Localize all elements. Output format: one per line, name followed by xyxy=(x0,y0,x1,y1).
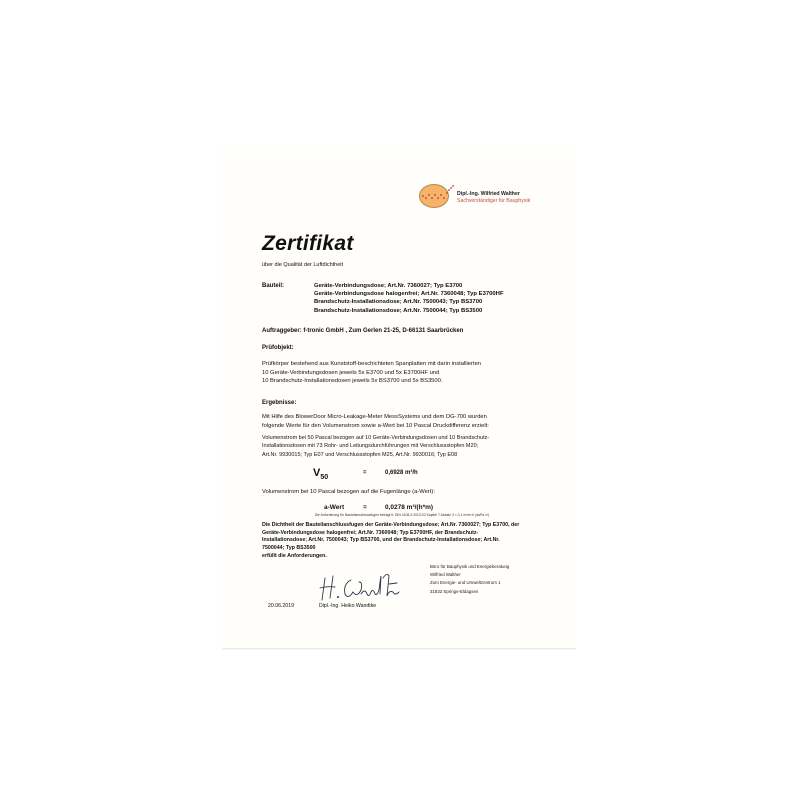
pruefobjekt-heading: Prüfobjekt: xyxy=(262,345,294,351)
v50-symbol: V50 xyxy=(313,467,328,481)
address-line: Zum Energie- und Umweltzentrum 1 xyxy=(430,579,509,587)
ergebnisse-intro: Mit Hilfe des BlowerDoor Micro-Leakage-M… xyxy=(262,413,489,430)
text-line: Art.Nr. 9930015; Typ E07 und Verschlusss… xyxy=(262,451,489,459)
logo-subtitle: Sachverständiger für Bauphysik xyxy=(457,198,530,204)
vol10-text: Volumenstrom bei 10 Pascal bezogen auf d… xyxy=(262,488,435,497)
text-line: Die Dichtheit der Bauteilanschlussfugen … xyxy=(262,522,519,530)
bauteil-item: Geräte-Verbindungsdose halogenfrei; Art.… xyxy=(314,290,504,298)
page-subtitle: über die Qualität der Luftdichtheit xyxy=(262,262,343,268)
address-line: Wilfried Walther xyxy=(430,571,509,579)
signer-name: Dipl.-Ing. Heiko Wandtke xyxy=(319,603,376,609)
text-line: erfüllt die Anforderungen. xyxy=(262,553,519,561)
v50-equals: = xyxy=(363,470,367,476)
text-line: 10 Geräte-Verbindungsdosen jeweils 5x E3… xyxy=(262,369,481,378)
office-address: Büro für Bauphysik und Energieberatung W… xyxy=(430,563,509,596)
bauteil-item: Geräte-Verbindungsdose; Art.Nr. 7360027;… xyxy=(314,282,504,290)
pruefobjekt-text: Prüfkörper bestehend aus Kunststoff-besc… xyxy=(262,360,481,386)
vol50-text: Volumenstrom bei 50 Pascal bezogen auf 1… xyxy=(262,434,489,459)
handwritten-signature-icon xyxy=(317,570,412,604)
ergebnisse-heading: Ergebnisse: xyxy=(262,400,296,406)
page-title: Zertifikat xyxy=(262,232,354,256)
a-wert-label: a-Wert xyxy=(324,504,344,511)
address-line: Büro für Bauphysik und Energieberatung xyxy=(430,563,509,571)
text-line: 10 Brandschutz-Installationsdosen jeweil… xyxy=(262,377,481,386)
conclusion: Die Dichtheit der Bauteilanschlussfugen … xyxy=(262,522,519,561)
logo-name: Dipl.-Ing. Wilfried Walther xyxy=(457,191,520,197)
text-line: Volumenstrom bei 50 Pascal bezogen auf 1… xyxy=(262,434,489,442)
text-line: Installationsdosen mit 73 Rohr- und Leit… xyxy=(262,442,489,450)
address-line: 31832 Springe-Eldagsen xyxy=(430,588,509,596)
certificate-page: Dipl.-Ing. Wilfried Walther Sachverständ… xyxy=(222,148,576,649)
auftraggeber: Auftraggeber: f-tronic GmbH , Zum Gerlen… xyxy=(262,328,463,334)
signature-date: 20.06.2019 xyxy=(268,603,294,609)
dotted-wave-icon xyxy=(419,182,455,208)
bauteil-label: Bauteil: xyxy=(262,283,284,289)
text-line: Installationsdose; Art.Nr. 7500043; Typ … xyxy=(262,537,519,545)
text-line: Prüfkörper bestehend aus Kunststoff-besc… xyxy=(262,360,481,369)
bauteil-item: Brandschutz-Installationsdose; Art.Nr. 7… xyxy=(314,307,504,315)
a-wert-equals: = xyxy=(363,504,367,511)
text-line: Mit Hilfe des BlowerDoor Micro-Leakage-M… xyxy=(262,413,489,422)
text-line: Geräte-Verbindungsdose halogenfrei; Art.… xyxy=(262,530,519,538)
a-wert-value: 0,0278 m³/(h*m) xyxy=(385,504,433,511)
text-line: 7500044; Typ BS3500 xyxy=(262,545,519,553)
requirement-note: Die Anforderung für Bauteilanschlussfuge… xyxy=(262,513,542,517)
company-logo: Dipl.-Ing. Wilfried Walther Sachverständ… xyxy=(419,182,569,212)
v50-value: 0,6928 m³/h xyxy=(385,470,418,476)
text-line: folgende Werte für den Volumenstrom sowi… xyxy=(262,422,489,431)
v50-subscript: 50 xyxy=(320,474,328,481)
bauteil-item: Brandschutz-Installationsdose; Art.Nr. 7… xyxy=(314,298,504,306)
bauteil-list: Geräte-Verbindungsdose; Art.Nr. 7360027;… xyxy=(314,282,504,315)
